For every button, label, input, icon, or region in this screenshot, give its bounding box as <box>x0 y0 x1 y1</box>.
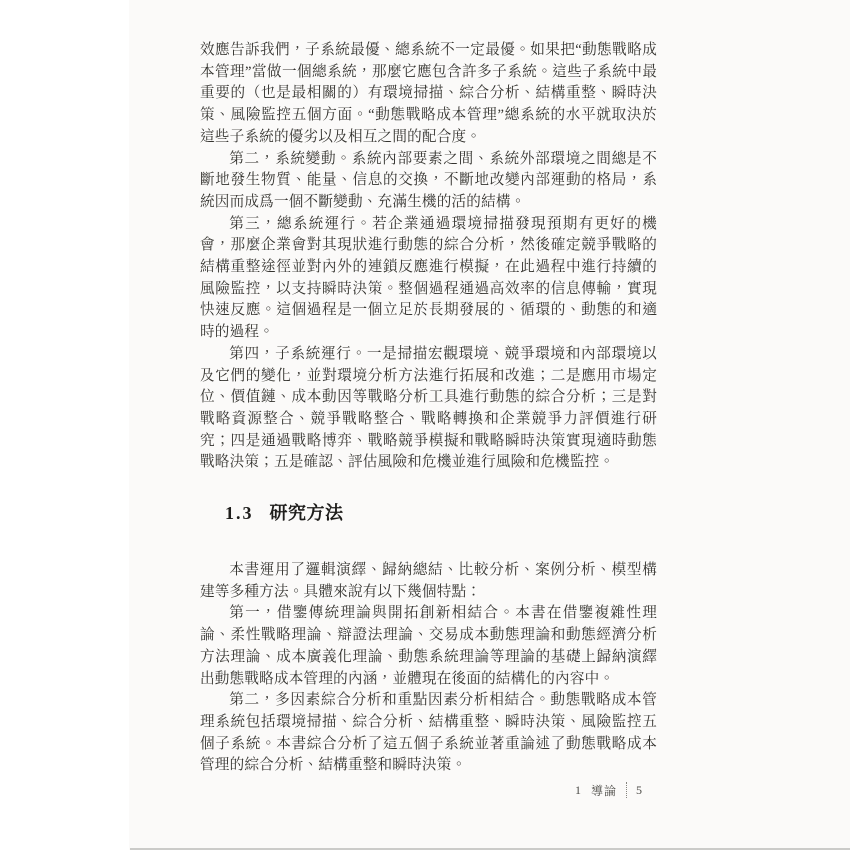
method-point-two-paragraph: 第二，多因素綜合分析和重點因素分析相結合。動態戰略成本管理系統包括環境掃描、綜合… <box>200 690 657 777</box>
footer-dotted-divider <box>626 782 627 798</box>
footer-chapter-number: 1 <box>575 783 582 798</box>
footer-page-number: 5 <box>636 783 642 798</box>
method-intro-paragraph: 本書運用了邏輯演繹、歸納總結、比較分析、案例分析、模型構建等多種方法。具體來說有… <box>200 560 657 603</box>
paragraph-fourth-point: 第四，子系統運行。一是掃描宏觀環境、競爭環境和內部環境以及它們的變化，並對環境分… <box>200 344 657 474</box>
method-point-one-paragraph: 第一，借鑒傳統理論與開拓創新相結合。本書在借鑒複雜性理論、柔性戰略理論、辯證法理… <box>200 603 657 690</box>
continuation-paragraph: 效應告訴我們，子系統最優、總系統不一定最優。如果把“動態戰略成本管理”當做一個總… <box>200 40 657 149</box>
paragraph-third-point: 第三，總系統運行。若企業通過環境掃描發現預期有更好的機會，那麼企業會對其現狀進行… <box>200 214 657 344</box>
section-heading: 1.3研究方法 <box>225 502 657 524</box>
page-footer: 1 導論 5 <box>575 781 642 799</box>
footer-chapter-title: 導論 <box>591 782 617 799</box>
text-column: 效應告訴我們，子系統最優、總系統不一定最優。如果把“動態戰略成本管理”當做一個總… <box>200 40 657 777</box>
paragraph-second-point: 第二，系統變動。系統內部要素之間、系統外部環境之間總是不斷地發生物質、能量、信息… <box>200 149 657 214</box>
section-number: 1.3 <box>225 503 254 523</box>
section-title: 研究方法 <box>270 503 344 523</box>
book-page-scan: 效應告訴我們，子系統最優、總系統不一定最優。如果把“動態戰略成本管理”當做一個總… <box>0 0 850 850</box>
